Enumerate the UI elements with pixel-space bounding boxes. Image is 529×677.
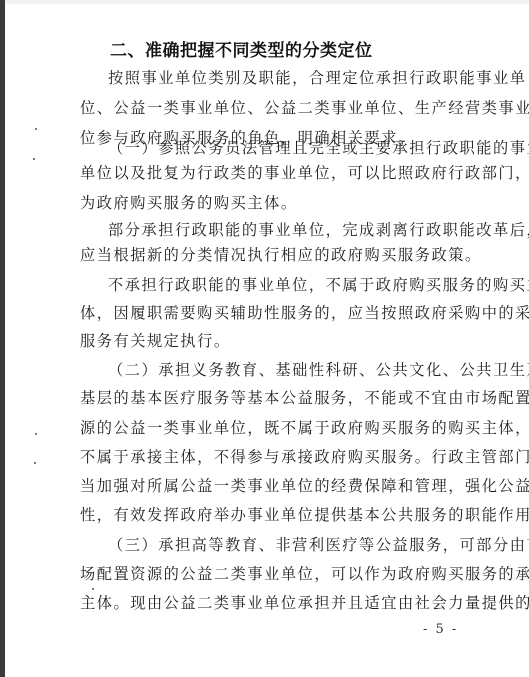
scan-speck bbox=[35, 128, 37, 130]
paragraph-line: 源的公益一类事业单位，既不属于政府购买服务的购买主体，也 bbox=[80, 418, 470, 438]
paragraph-line: 体，因履职需要购买辅助性服务的，应当按照政府采购中的采购 bbox=[80, 303, 470, 323]
paragraph-line: （二）承担义务教育、基础性科研、公共文化、公共卫生及 bbox=[108, 360, 498, 380]
paragraph-line: 不承担行政职能的事业单位，不属于政府购买服务的购买主 bbox=[108, 275, 498, 295]
scan-speck bbox=[92, 588, 94, 590]
scan-speck bbox=[35, 433, 37, 435]
paragraph-line: 位、公益一类事业单位、公益二类事业单位、生产经营类事业单 bbox=[80, 98, 470, 118]
paragraph-line: 应当根据新的分类情况执行相应的政府购买服务政策。 bbox=[80, 245, 470, 265]
paragraph-line: 按照事业单位类别及职能，合理定位承担行政职能事业单 bbox=[108, 68, 498, 88]
page-number: - 5 - bbox=[423, 622, 458, 637]
paragraph-line: 为政府购买服务的购买主体。 bbox=[80, 193, 470, 213]
scan-speck bbox=[34, 462, 36, 464]
paragraph-line: 场配置资源的公益二类事业单位，可以作为政府购买服务的承接 bbox=[80, 564, 470, 584]
scan-left-border bbox=[0, 0, 5, 677]
paragraph-line: （一）参照公务员法管理且完全或主要承担行政职能的事业 bbox=[108, 138, 498, 158]
paragraph-line: 部分承担行政职能的事业单位，完成剥离行政职能改革后， bbox=[108, 220, 498, 240]
paragraph-line: 不属于承接主体，不得参与承接政府购买服务。行政主管部门应 bbox=[80, 447, 470, 467]
paragraph-line: 单位以及批复为行政类的事业单位，可以比照政府行政部门，作 bbox=[80, 163, 470, 183]
paragraph-line: 服务有关规定执行。 bbox=[80, 331, 470, 351]
paragraph-line: 性，有效发挥政府举办事业单位提供基本公共服务的职能作用。 bbox=[80, 505, 470, 525]
paragraph-line: 主体。现由公益二类事业单位承担并且适宜由社会力量提供的服 bbox=[80, 593, 470, 613]
paragraph-line: 基层的基本医疗服务等基本公益服务，不能或不宜由市场配置资 bbox=[80, 388, 470, 408]
scan-speck bbox=[33, 158, 35, 160]
scan-top-shade bbox=[5, 0, 529, 4]
paragraph-line: 当加强对所属公益一类事业单位的经费保障和管理，强化公益属 bbox=[80, 476, 470, 496]
section-heading: 二、准确把握不同类型的分类定位 bbox=[110, 36, 373, 61]
paragraph-line: （三）承担高等教育、非营利医疗等公益服务，可部分由市 bbox=[108, 535, 498, 555]
